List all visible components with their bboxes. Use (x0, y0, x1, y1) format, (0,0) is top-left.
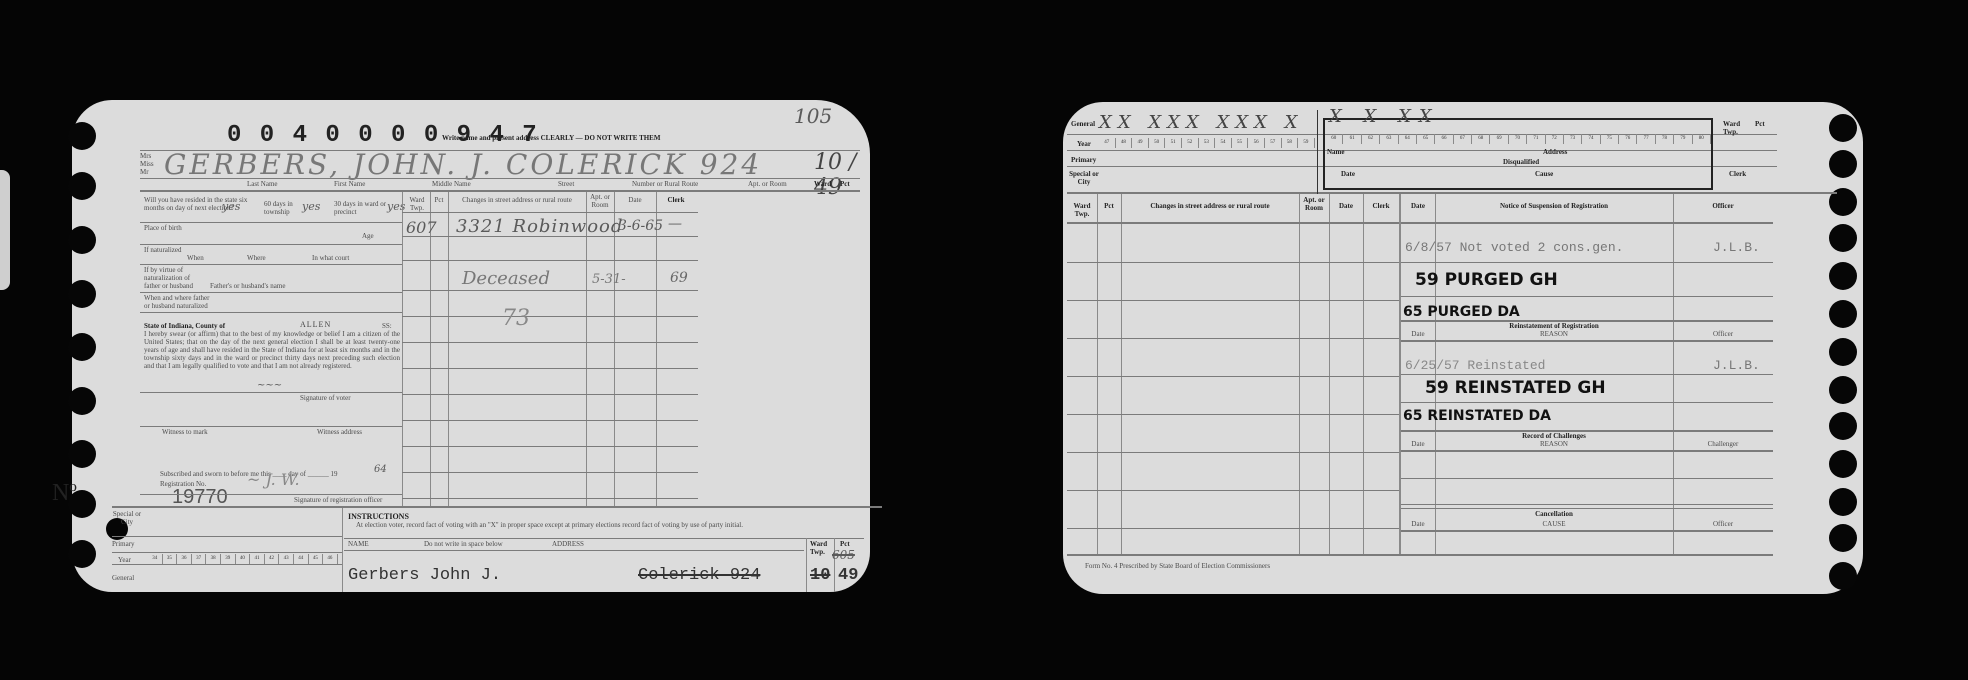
label-number: Number or Rural Route (632, 180, 698, 188)
year-cell: 80 (1693, 134, 1711, 144)
punch-hole (1829, 150, 1857, 178)
registration-card-front: 105 0 0 4 0 0 0 0 9 4 7 Write name and p… (72, 100, 870, 592)
divider (140, 222, 402, 223)
year-cell: 79 (1674, 134, 1692, 144)
year-cell: 68 (1472, 134, 1490, 144)
cancellation-col-officer: Officer (1673, 520, 1773, 528)
row-line (402, 342, 698, 343)
suspension-col-officer: Officer (1673, 202, 1773, 210)
cell-address: Deceased (462, 268, 550, 289)
col-changes: Changes in street address or rural route (450, 196, 584, 204)
township-answer: yes (302, 200, 320, 213)
punch-hole (1829, 376, 1857, 404)
row-label-general: General (1071, 120, 1095, 128)
punch-holes-left (68, 100, 102, 592)
punch-hole (1829, 300, 1857, 328)
row-line (402, 212, 698, 213)
cell-date: 5-31- (592, 272, 626, 287)
row-line (1401, 504, 1773, 505)
year-cell: 37 (192, 554, 207, 564)
bottom-label-pct: Pct (840, 540, 850, 548)
year-cell: 39 (221, 554, 236, 564)
officer-signature: ~ J. W. (247, 470, 300, 489)
scan-edge-artifact (0, 170, 10, 290)
prefix-labels: Mrs Miss Mr (140, 152, 160, 176)
year-row: 34 35 36 37 38 39 40 41 42 43 44 45 46 (148, 554, 338, 564)
year-cell: 63 (1380, 134, 1398, 144)
year-cell: 70 (1509, 134, 1527, 144)
bottom-label-do-not-write: Do not write in space below (424, 540, 503, 548)
row-label-special: Special or City (1069, 170, 1099, 186)
grid-line (112, 564, 342, 565)
general-vote-marks-left: XX XXX XXX X (1099, 112, 1304, 133)
typed-name: Gerbers John J. (348, 566, 501, 585)
punch-hole (1829, 114, 1857, 142)
year-cell: 46 (323, 554, 338, 564)
row-line (1401, 450, 1773, 452)
year-row-left: 47 48 49 50 51 52 53 54 55 56 57 58 59 (1099, 138, 1315, 148)
col-changes: Changes in street address or rural route (1121, 202, 1299, 210)
no-symbol: Nº (52, 480, 77, 507)
label-clerk: Clerk (1729, 170, 1746, 178)
year-cell: 62 (1362, 134, 1380, 144)
col-ward-twp: Ward Twp. (404, 196, 430, 212)
label-ward: Ward (814, 180, 831, 188)
year-cell: 53 (1199, 138, 1216, 148)
reinstatement-title: Reinstatement of Registration (1435, 322, 1673, 330)
punch-hole (68, 172, 96, 200)
year-cell: 64 (1399, 134, 1417, 144)
punch-hole (1829, 412, 1857, 440)
divider (402, 192, 403, 508)
year-cell: 55 (1232, 138, 1249, 148)
divider (1097, 194, 1098, 554)
ss-label: SS: (382, 322, 392, 330)
grid-label-general: General (112, 574, 134, 582)
residence-answer: yes (222, 200, 240, 213)
row-line (402, 420, 698, 421)
signature-voter-label: Signature of voter (300, 394, 351, 402)
label-ward-twp: Ward Twp. (1723, 120, 1745, 136)
registration-card-back: General Year Primary Special or City 47 … (1063, 102, 1863, 594)
cell-ward: 607 (406, 218, 437, 237)
year-cell: 52 (1182, 138, 1199, 148)
year-cell: 41 (250, 554, 265, 564)
prefix-mrs: Mrs (140, 152, 160, 160)
reinstatement-col-officer: Officer (1673, 330, 1773, 338)
punch-hole (68, 226, 96, 254)
divider (1121, 194, 1122, 554)
col-date: Date (614, 196, 656, 204)
punch-hole (1829, 338, 1857, 366)
where-label: Where (247, 254, 266, 262)
divider (1329, 194, 1330, 554)
year-cell: 34 (148, 554, 163, 564)
oath-heading: State of Indiana, County of (144, 322, 225, 330)
typed-pct: 49 (838, 566, 858, 585)
grid-label-special: Special or City (112, 510, 142, 526)
row-line (402, 446, 698, 447)
year-cell: 35 (163, 554, 178, 564)
suspension-stamp-65: 65 PURGED DA (1403, 304, 1520, 320)
row-line (1067, 528, 1399, 529)
divider (586, 192, 587, 508)
handwritten-name-address: GERBERS, JOHN. J. COLERICK 924 (164, 148, 762, 181)
row-line (1401, 478, 1773, 479)
suspension-col-date: Date (1401, 202, 1435, 210)
challenges-col-date: Date (1401, 440, 1435, 448)
grid-line (112, 552, 342, 553)
punch-hole (68, 540, 96, 568)
divider (834, 538, 835, 592)
divider (806, 538, 807, 592)
cancellation-col-date: Date (1401, 520, 1435, 528)
row-line (1401, 340, 1773, 342)
pct-handwritten-over: 605 (832, 548, 855, 562)
disqualification-box (1323, 118, 1713, 190)
when-where-label: When and where father or husband natural… (144, 294, 216, 310)
col-pct: Pct (1097, 202, 1121, 210)
year-cell: 75 (1601, 134, 1619, 144)
corner-note: 105 (794, 104, 832, 128)
typed-address-struck: Colerick 924 (638, 566, 760, 585)
row-line (1401, 222, 1773, 224)
punch-hole (68, 440, 96, 468)
suspension-typed-officer: J.L.B. (1713, 240, 1760, 255)
reinstatement-typed-officer: J.L.B. (1713, 358, 1760, 373)
header-instruction: Write name and present address CLEARLY —… (442, 134, 660, 143)
punch-hole (1829, 562, 1857, 590)
year-cell: 76 (1619, 134, 1637, 144)
township-label: 60 days in township (264, 200, 304, 216)
col-apt: Apt. or Room (586, 193, 614, 209)
row-line (402, 316, 698, 317)
row-line (402, 290, 698, 291)
divider (344, 538, 864, 539)
box-label-date: Date (1341, 170, 1355, 178)
row-line (402, 368, 698, 369)
divider (140, 244, 402, 245)
punch-hole (1829, 262, 1857, 290)
row-line (1067, 376, 1399, 377)
bottom-label-ward-twp: Ward Twp. (810, 540, 832, 556)
year-cell: 60 (1325, 134, 1343, 144)
row-label-year: Year (1077, 140, 1091, 148)
challenges-col-reason: REASON (1435, 440, 1673, 448)
year-cell: 66 (1435, 134, 1453, 144)
col-clerk: Clerk (1363, 202, 1399, 210)
year-cell: 58 (1282, 138, 1299, 148)
year-cell: 74 (1582, 134, 1600, 144)
year-cell: 48 (1116, 138, 1133, 148)
footer-line (1067, 554, 1773, 556)
typed-ward: 10 (810, 566, 830, 585)
year-cell: 69 (1490, 134, 1508, 144)
divider (656, 192, 657, 508)
year-cell: 78 (1656, 134, 1674, 144)
year-cell: 54 (1215, 138, 1232, 148)
row-line (1067, 262, 1399, 263)
year-cell: 72 (1546, 134, 1564, 144)
virtue-label: If by virtue of naturalization of father… (144, 266, 202, 290)
year-cell: 49 (1132, 138, 1149, 148)
instructions-title: INSTRUCTIONS (348, 512, 409, 521)
cell-address: 73 (502, 306, 530, 331)
grid-label-year: Year (118, 556, 131, 564)
cancellation-title: Cancellation (1435, 510, 1673, 518)
row-line (1067, 414, 1399, 415)
punch-hole (1829, 224, 1857, 252)
challenges-title: Record of Challenges (1435, 432, 1673, 440)
year-cell: 65 (1417, 134, 1435, 144)
reinstatement-col-reason: REASON (1435, 330, 1673, 338)
reinstatement-stamp-65: 65 REINSTATED DA (1403, 408, 1551, 424)
suspension-typed-entry: 6/8/57 Not voted 2 cons.gen. (1405, 240, 1623, 255)
box-label-name: Name (1327, 148, 1345, 156)
col-pct: Pct (430, 196, 448, 204)
year-cell: 38 (206, 554, 221, 564)
age-label: Age (362, 232, 374, 240)
label-last-name: Last Name (247, 180, 278, 188)
year-cell: 36 (177, 554, 192, 564)
year-cell: 71 (1527, 134, 1545, 144)
year-cell: 50 (1149, 138, 1166, 148)
form-footer: Form No. 4 Prescribed by State Board of … (1085, 562, 1270, 570)
divider (112, 506, 882, 508)
label-pct: Pct (840, 180, 850, 188)
year-cell: 40 (236, 554, 251, 564)
grid-line (112, 536, 342, 537)
divider (1363, 194, 1364, 554)
year-cell: 67 (1454, 134, 1472, 144)
row-line (402, 394, 698, 395)
col-clerk: Clerk (656, 196, 696, 204)
year-cell: 43 (279, 554, 294, 564)
label-apt: Apt. or Room (748, 180, 787, 188)
row-line (402, 498, 698, 499)
cell-clerk: — (668, 216, 682, 232)
row-line (402, 472, 698, 473)
year-cell: 57 (1265, 138, 1282, 148)
voter-signature: ~~~ (257, 380, 282, 391)
challenges-col-challenger: Challenger (1673, 440, 1773, 448)
row-line (402, 260, 698, 261)
oath-text: I hereby swear (or affirm) that to the b… (144, 330, 400, 370)
label-pct: Pct (1755, 120, 1765, 128)
section-line (1401, 508, 1773, 509)
row-line (1401, 296, 1773, 297)
ward-days-label: 30 days in ward or precinct (334, 200, 390, 216)
punch-hole (1829, 450, 1857, 478)
row-line (1067, 490, 1399, 491)
bottom-label-name: NAME (348, 540, 369, 548)
ward-pct-handwritten: 10 / 49 (814, 150, 870, 200)
cell-clerk: 69 (670, 270, 688, 286)
prefix-miss: Miss (140, 160, 160, 168)
col-apt: Apt. or Room (1299, 196, 1329, 212)
divider (140, 312, 402, 313)
year-cell: 51 (1165, 138, 1182, 148)
divider (140, 426, 402, 427)
punch-holes-right (1829, 102, 1863, 594)
when-label: When (187, 254, 204, 262)
punch-hole (68, 280, 96, 308)
row-line (1067, 300, 1399, 301)
year-cell: 44 (294, 554, 309, 564)
reinstatement-col-date: Date (1401, 330, 1435, 338)
row-line (1401, 262, 1773, 263)
year-cell: 61 (1343, 134, 1361, 144)
punch-hole (1829, 488, 1857, 516)
punch-hole (68, 122, 96, 150)
year-row-right: 60 61 62 63 64 65 66 67 68 69 70 71 72 7… (1325, 134, 1711, 144)
signature-line (140, 392, 402, 393)
divider (448, 192, 449, 508)
divider (140, 292, 402, 293)
divider (1299, 194, 1300, 554)
punch-hole (68, 333, 96, 361)
year-cell: 77 (1637, 134, 1655, 144)
divider (344, 550, 804, 551)
witness-label: Witness to mark (162, 428, 208, 436)
divider (140, 190, 860, 192)
box-label-address: Address (1543, 148, 1567, 156)
col-ward-twp: Ward Twp. (1067, 202, 1097, 218)
year-cell: 42 (265, 554, 280, 564)
row-line (1401, 374, 1773, 375)
suspension-stamp-59: 59 PURGED GH (1415, 270, 1558, 290)
signature-line (140, 494, 402, 495)
county-value: ALLEN (300, 320, 331, 329)
year-cell: 59 (1298, 138, 1315, 148)
divider (614, 192, 615, 508)
subscribed-year: 64 (374, 464, 387, 475)
row-line (1401, 402, 1773, 403)
punch-hole (68, 387, 96, 415)
grid-label-primary: Primary (112, 540, 135, 548)
label-first-name: First Name (334, 180, 365, 188)
witness-address-label: Witness address (317, 428, 362, 436)
birth-label: Place of birth (144, 224, 184, 232)
year-cell: 73 (1564, 134, 1582, 144)
box-label-disqualified: Disqualified (1503, 158, 1539, 166)
box-label-cause: Cause (1535, 170, 1553, 178)
reinstatement-stamp-59: 59 REINSTATED GH (1425, 378, 1606, 398)
general-vote-marks-right: X X XX (1329, 106, 1440, 127)
col-date: Date (1329, 202, 1363, 210)
cancellation-col-cause: CAUSE (1435, 520, 1673, 528)
naturalized-label: If naturalized (144, 246, 184, 254)
divider (342, 508, 343, 592)
row-line (1067, 338, 1399, 339)
label-middle-name: Middle Name (432, 180, 471, 188)
instructions-text: At election voter, record fact of voting… (356, 521, 866, 529)
year-cell: 45 (309, 554, 324, 564)
fathers-name-label: Father's or husband's name (210, 282, 285, 290)
cell-date: 3-6-65 (618, 218, 663, 234)
suspension-col-notice: Notice of Suspension of Registration (1435, 202, 1673, 210)
year-cell: 56 (1248, 138, 1265, 148)
prefix-mr: Mr (140, 168, 160, 176)
divider (430, 192, 431, 508)
row-line (1401, 530, 1773, 532)
divider (140, 264, 402, 265)
grid-line (1067, 192, 1837, 194)
label-street: Street (558, 180, 574, 188)
registration-officer-label: Signature of registration officer (294, 496, 382, 504)
divider (140, 178, 860, 179)
punch-hole (1829, 524, 1857, 552)
court-label: In what court (312, 254, 349, 262)
cell-address: 3321 Robinwood (456, 216, 623, 237)
bottom-label-address: ADDRESS (552, 540, 584, 548)
row-line (1067, 222, 1399, 224)
year-cell: 47 (1099, 138, 1116, 148)
reinstatement-typed-entry: 6/25/57 Reinstated (1405, 358, 1545, 373)
divider (1317, 110, 1318, 194)
row-line (1067, 452, 1399, 453)
row-label-primary: Primary (1071, 156, 1096, 164)
